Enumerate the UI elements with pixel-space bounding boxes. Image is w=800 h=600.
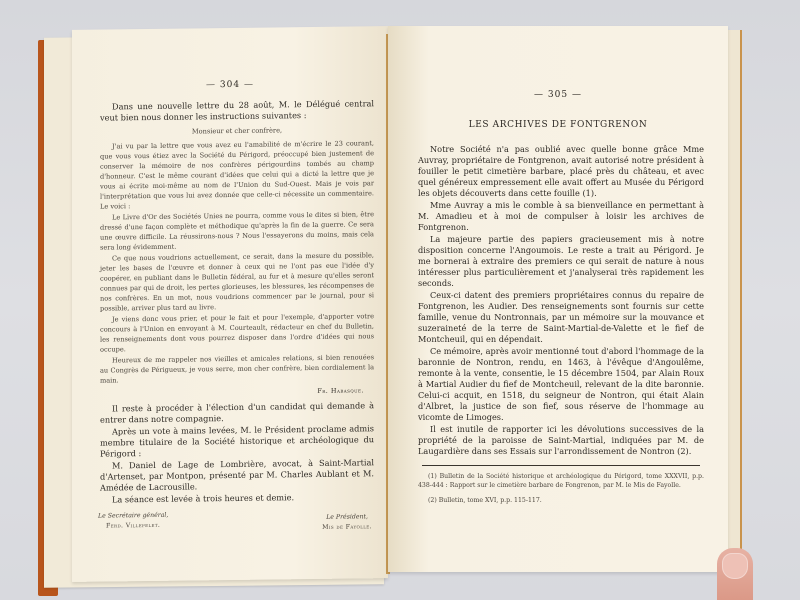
body-paragraph: Ce mémoire, après avoir mentionné tout d…	[418, 346, 704, 423]
footnote-rule	[422, 465, 700, 466]
letter-salutation: Monsieur et cher confrère,	[100, 124, 374, 138]
intro-paragraph: Dans une nouvelle lettre du 28 août, M. …	[100, 98, 374, 123]
letter-paragraph: Heureux de me rappeler nos vieilles et a…	[100, 352, 374, 385]
body-paragraph: M. Daniel de Lage de Lombrière, avocat, …	[100, 457, 374, 493]
letter-paragraph: Le Livre d'Or des Sociétés Unies ne pour…	[100, 209, 374, 252]
letter-paragraph: J'ai vu par la lettre que vous avez eu l…	[100, 138, 374, 211]
left-page-body: Dans une nouvelle lettre du 28 août, M. …	[72, 98, 388, 506]
page-number-right: — 305 —	[388, 90, 728, 100]
body-paragraph: Mme Auvray a mis le comble à sa bienveil…	[418, 200, 704, 233]
president-signature: Le Président, Mis de Fayolle.	[322, 512, 372, 533]
signature-block: Le Secrétaire général, Ferd. Villepelet.…	[72, 508, 388, 536]
body-paragraph: La séance est levée à trois heures et de…	[100, 491, 374, 505]
page-number-left: — 304 —	[72, 78, 388, 92]
body-paragraph: Ceux-ci datent des premiers propriétaire…	[418, 290, 704, 345]
body-paragraph: Notre Société n'a pas oublié avec quelle…	[418, 144, 704, 199]
body-paragraph: Après un vote à mains levées, M. le Prés…	[100, 423, 374, 459]
letter-paragraph: Je viens donc vous prier, et pour le fai…	[100, 311, 374, 354]
thumbnail-nail	[722, 553, 748, 579]
body-paragraph: Il reste à procéder à l'élection d'un ca…	[100, 400, 374, 425]
footnote: (1) Bulletin de la Société historique et…	[418, 472, 704, 490]
body-paragraph: Il est inutile de rapporter ici les dévo…	[418, 424, 704, 457]
secretary-signature: Le Secrétaire général, Ferd. Villepelet.	[98, 511, 168, 536]
section-heading: LES ARCHIVES DE FONTGRENON	[388, 120, 728, 130]
footnote: (2) Bulletin, tome XVI, p.p. 115-117.	[418, 496, 704, 505]
letter-signature: Fr. Habasque.	[100, 385, 364, 399]
right-page-body: Notre Société n'a pas oublié avec quelle…	[388, 144, 728, 505]
right-page: — 305 — LES ARCHIVES DE FONTGRENON Notre…	[388, 26, 728, 572]
letter-paragraph: Ce que nous voudrions actuellement, ce s…	[100, 250, 374, 313]
body-paragraph: La majeure partie des papiers gracieusem…	[418, 234, 704, 289]
left-page: — 304 — Dans une nouvelle lettre du 28 a…	[72, 26, 388, 582]
